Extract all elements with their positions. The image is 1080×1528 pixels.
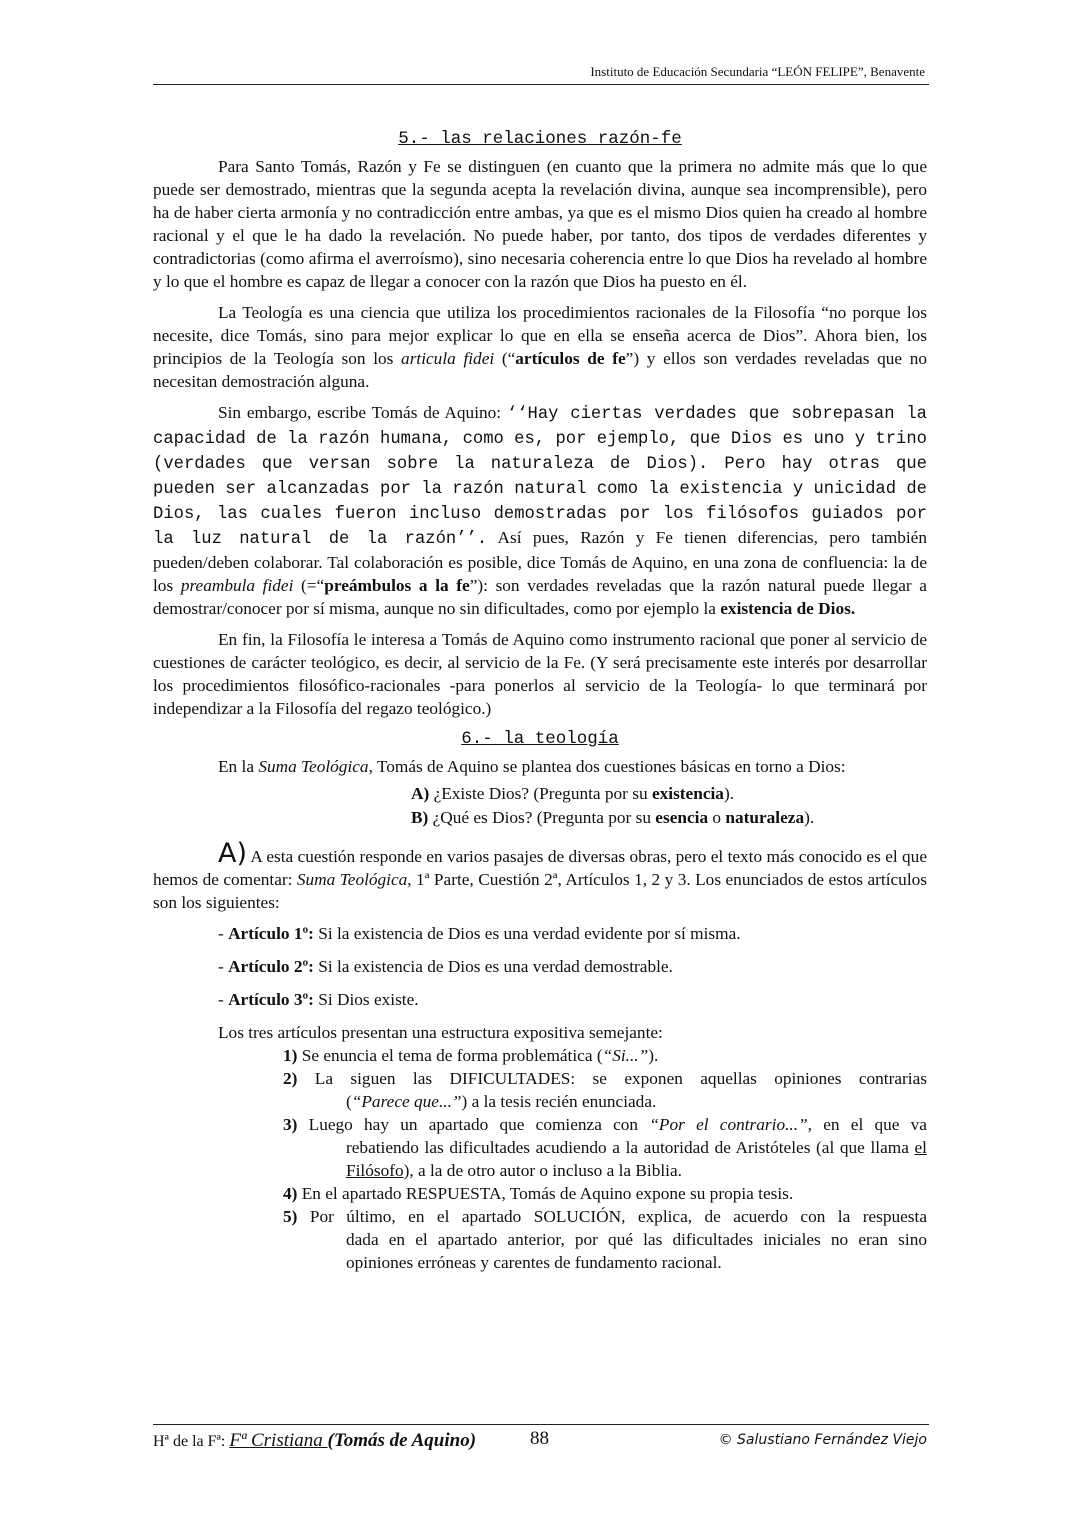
paragraph-text: En fin, la Filosofía le interesa a Tomás…	[153, 630, 927, 718]
italic-term: “Parece que...”	[352, 1092, 462, 1111]
step-number: 1)	[283, 1046, 297, 1065]
section-6-title: 6.- la teología	[153, 728, 927, 751]
step-item: 1) Se enuncia el tema de forma problemát…	[283, 1044, 927, 1067]
bold-term: existencia	[652, 784, 724, 803]
bold-term: existencia de Dios.	[720, 599, 855, 618]
italic-term: Suma Teológica	[258, 757, 368, 776]
structure-steps: 1) Se enuncia el tema de forma problemát…	[283, 1044, 927, 1274]
step-number: 3)	[283, 1115, 297, 1134]
page-body: 5.- las relaciones razón-fe Para Santo T…	[153, 128, 927, 1274]
section-5-title: 5.- las relaciones razón-fe	[153, 128, 927, 151]
footer-topic: (Tomás de Aquino)	[328, 1430, 477, 1451]
step-text: La siguen las DIFICULTADES: se exponen a…	[297, 1069, 927, 1088]
footer-author: © Salustiano Fernández Viejo	[719, 1432, 927, 1448]
step-text: dada en el apartado anterior, por qué la…	[346, 1230, 927, 1272]
step-item: 2) La siguen las DIFICULTADES: se expone…	[283, 1067, 927, 1090]
page-number: 88	[530, 1428, 549, 1450]
question-item: B) ¿Qué es Dios? (Pregunta por su esenci…	[411, 806, 927, 830]
italic-term: articula fidei	[401, 349, 494, 368]
italic-term: Suma Teológica	[297, 870, 407, 889]
step-text: ), a la de otro autor o incluso a la Bib…	[404, 1161, 682, 1180]
article-item: - Artículo 2º: Si la existencia de Dios …	[218, 955, 927, 978]
footer-prefix: Hª de la Fª:	[153, 1433, 229, 1450]
article-label: Artículo 1º:	[228, 924, 314, 943]
step-continuation: rebatiendo las dificultades acudiendo a …	[283, 1136, 927, 1182]
question-text: ).	[724, 784, 734, 803]
article-label: Artículo 2º:	[228, 957, 314, 976]
question-text: o	[708, 808, 725, 827]
bold-term: naturaleza	[725, 808, 804, 827]
step-text: Se enuncia el tema de forma problemática…	[297, 1046, 602, 1065]
step-item: 4) En el apartado RESPUESTA, Tomás de Aq…	[283, 1182, 927, 1205]
paragraph: En fin, la Filosofía le interesa a Tomás…	[153, 628, 927, 720]
article-text: Si la existencia de Dios es una verdad e…	[314, 924, 741, 943]
question-label: A)	[411, 784, 429, 803]
paragraph-text: Para Santo Tomás, Razón y Fe se distingu…	[153, 157, 927, 291]
paragraph-text: (“	[494, 349, 515, 368]
step-text: , en el que va	[808, 1115, 927, 1134]
step-text: Luego hay un apartado que comienza con	[297, 1115, 649, 1134]
bold-term: esencia	[655, 808, 708, 827]
step-item: 5) Por último, en el apartado SOLUCIÓN, …	[283, 1205, 927, 1228]
question-item: A) ¿Existe Dios? (Pregunta por su existe…	[411, 782, 927, 806]
article-item: - Artículo 1º: Si la existencia de Dios …	[218, 922, 927, 945]
step-text: ) a la tesis recién enunciada.	[462, 1092, 657, 1111]
page-header: Instituto de Educación Secundaria “LEÓN …	[153, 64, 927, 80]
article-text: Si la existencia de Dios es una verdad d…	[314, 957, 673, 976]
footer-course: Hª de la Fª: Fª Cristiana (Tomás de Aqui…	[153, 1430, 476, 1452]
italic-term: “Por el contrario...”	[649, 1115, 807, 1134]
step-text: rebatiendo las dificultades acudiendo a …	[346, 1138, 915, 1157]
paragraph-text: En la	[218, 757, 258, 776]
step-text: Por último, en el apartado SOLUCIÓN, exp…	[297, 1207, 927, 1226]
italic-term: preambula fidei	[181, 576, 294, 595]
section-a-marker: A)	[218, 838, 247, 869]
question-text: ¿Qué es Dios? (Pregunta por su	[428, 808, 655, 827]
structure-intro: Los tres artículos presentan una estruct…	[218, 1021, 927, 1044]
paragraph: La Teología es una ciencia que utiliza l…	[153, 301, 927, 393]
step-continuation: dada en el apartado anterior, por qué la…	[283, 1228, 927, 1274]
question-label: B)	[411, 808, 428, 827]
step-number: 2)	[283, 1069, 297, 1088]
step-number: 4)	[283, 1184, 297, 1203]
question-text: ).	[804, 808, 814, 827]
step-text: ).	[648, 1046, 658, 1065]
paragraph-text: , Tomás de Aquino se plantea dos cuestio…	[369, 757, 846, 776]
footer-divider	[153, 1424, 929, 1425]
paragraph: A) A esta cuestión responde en varios pa…	[153, 844, 927, 914]
question-text: ¿Existe Dios? (Pregunta por su	[429, 784, 652, 803]
article-text: Si Dios existe.	[314, 990, 419, 1009]
step-number: 5)	[283, 1207, 297, 1226]
step-item: 3) Luego hay un apartado que comienza co…	[283, 1113, 927, 1136]
step-continuation: (“Parece que...”) a la tesis recién enun…	[283, 1090, 927, 1113]
questions-list: A) ¿Existe Dios? (Pregunta por su existe…	[411, 782, 927, 830]
paragraph-text: (=“	[293, 576, 324, 595]
italic-term: “Si...”	[603, 1046, 649, 1065]
step-text: En el apartado RESPUESTA, Tomás de Aquin…	[297, 1184, 793, 1203]
paragraph: Sin embargo, escribe Tomás de Aquino: ‘‘…	[153, 401, 927, 620]
paragraph: En la Suma Teológica, Tomás de Aquino se…	[153, 755, 927, 778]
bold-term: preámbulos a la fe	[324, 576, 469, 595]
article-item: - Artículo 3º: Si Dios existe.	[218, 988, 927, 1011]
article-label: Artículo 3º:	[228, 990, 314, 1009]
header-divider	[153, 84, 929, 85]
paragraph-text: Sin embargo, escribe Tomás de Aquino:	[218, 403, 507, 422]
footer-subject: Fª Cristiana	[229, 1430, 327, 1451]
bold-term: artículos de fe	[515, 349, 625, 368]
paragraph: Para Santo Tomás, Razón y Fe se distingu…	[153, 155, 927, 293]
